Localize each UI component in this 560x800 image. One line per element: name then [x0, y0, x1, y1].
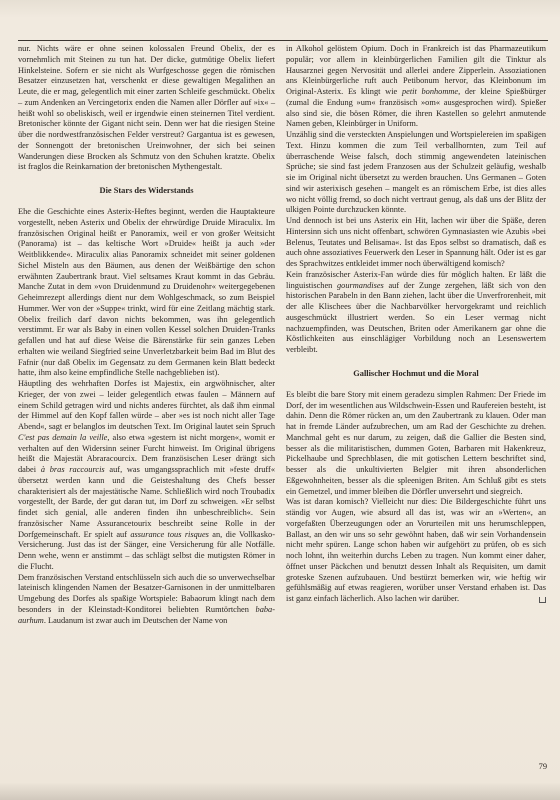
left-column: nur. Nichts wäre er ohne seinen kolossal…	[18, 44, 275, 626]
italic-phrase: petit bonhomme	[402, 87, 458, 96]
paragraph: Und dennoch ist bei uns Asterix ein Hit,…	[286, 216, 546, 270]
paragraph: Ehe die Geschichte eines Asterix-Heftes …	[18, 207, 275, 379]
page-edge-shadow	[0, 782, 560, 800]
header-rule	[18, 40, 548, 41]
paragraph: Kein französischer Asterix-Fan würde die…	[286, 270, 546, 356]
end-of-article-mark-icon	[539, 597, 546, 603]
paragraph: Unzählig sind die versteckten Anspielung…	[286, 130, 546, 216]
paragraph: nur. Nichts wäre er ohne seinen kolossal…	[18, 44, 275, 173]
italic-phrase: gourmandises	[337, 281, 384, 290]
italic-phrase: à bras raccourcis	[41, 465, 105, 474]
page-number: 79	[539, 762, 547, 771]
magazine-page: nur. Nichts wäre er ohne seinen kolossal…	[0, 0, 560, 800]
section-heading: Gallischer Hochmut und die Moral	[286, 369, 546, 379]
paragraph: in Alkohol gelöstem Opium. Doch in Frank…	[286, 44, 546, 130]
paragraph: Es bleibt die bare Story mit einem gerad…	[286, 390, 546, 498]
italic-phrase: assurance tous risques	[130, 530, 209, 539]
paragraph: Dem französischen Verstand entschlüsseln…	[18, 573, 275, 627]
paragraph: Was ist daran komisch? Vielleicht nur di…	[286, 497, 546, 605]
paragraph: Häuptling des wehrhaften Dorfes ist Maje…	[18, 379, 275, 573]
section-heading: Die Stars des Widerstands	[18, 186, 275, 196]
right-column: in Alkohol gelöstem Opium. Doch in Frank…	[286, 44, 546, 605]
italic-phrase: C'est pas demain la veille	[18, 433, 107, 442]
